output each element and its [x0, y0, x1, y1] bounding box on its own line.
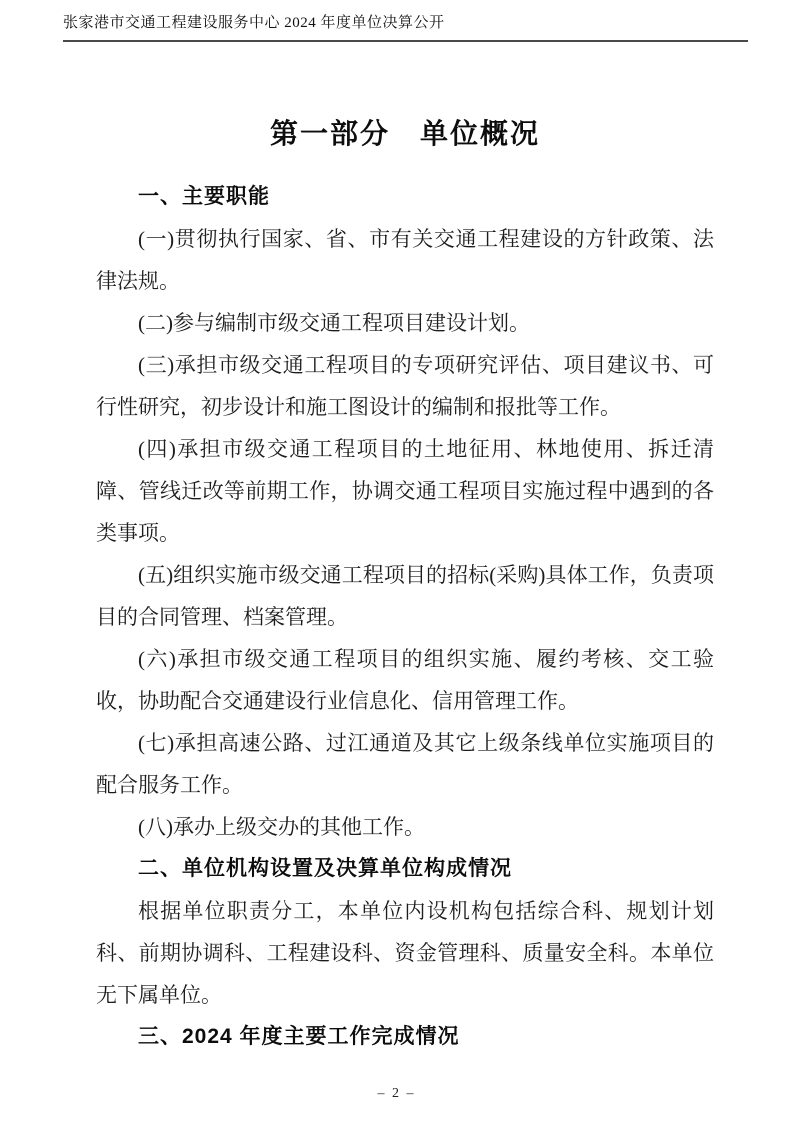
page-number: – 2 – [0, 1086, 793, 1102]
document-title: 第一部分 单位概况 [96, 110, 714, 160]
paragraph-9: 根据单位职责分工，本单位内设机构包括综合科、规划计划科、前期协调科、工程建设科、… [96, 890, 714, 1016]
paragraph-5: (五)组织实施市级交通工程项目的招标(采购)具体工作，负责项目的合同管理、档案管… [96, 554, 714, 638]
section-heading-1: 一、主要职能 [96, 176, 714, 218]
paragraph-1: (一)贯彻执行国家、省、市有关交通工程建设的方针政策、法律法规。 [96, 218, 714, 302]
document-page: 张家港市交通工程建设服务中心 2024 年度单位决算公开 第一部分 单位概况 一… [0, 0, 793, 1122]
document-body: 第一部分 单位概况 一、主要职能 (一)贯彻执行国家、省、市有关交通工程建设的方… [96, 100, 714, 1058]
page-header: 张家港市交通工程建设服务中心 2024 年度单位决算公开 [63, 13, 748, 42]
section-heading-2: 二、单位机构设置及决算单位构成情况 [96, 848, 714, 890]
paragraph-4: (四)承担市级交通工程项目的土地征用、林地使用、拆迁清障、管线迁改等前期工作，协… [96, 428, 714, 554]
section-heading-3: 三、2024 年度主要工作完成情况 [96, 1016, 714, 1058]
paragraph-6: (六)承担市级交通工程项目的组织实施、履约考核、交工验收，协助配合交通建设行业信… [96, 638, 714, 722]
paragraph-2: (二)参与编制市级交通工程项目建设计划。 [96, 302, 714, 344]
paragraph-8: (八)承办上级交办的其他工作。 [96, 806, 714, 848]
paragraph-7: (七)承担高速公路、过江通道及其它上级条线单位实施项目的配合服务工作。 [96, 722, 714, 806]
paragraph-3: (三)承担市级交通工程项目的专项研究评估、项目建议书、可行性研究，初步设计和施工… [96, 344, 714, 428]
